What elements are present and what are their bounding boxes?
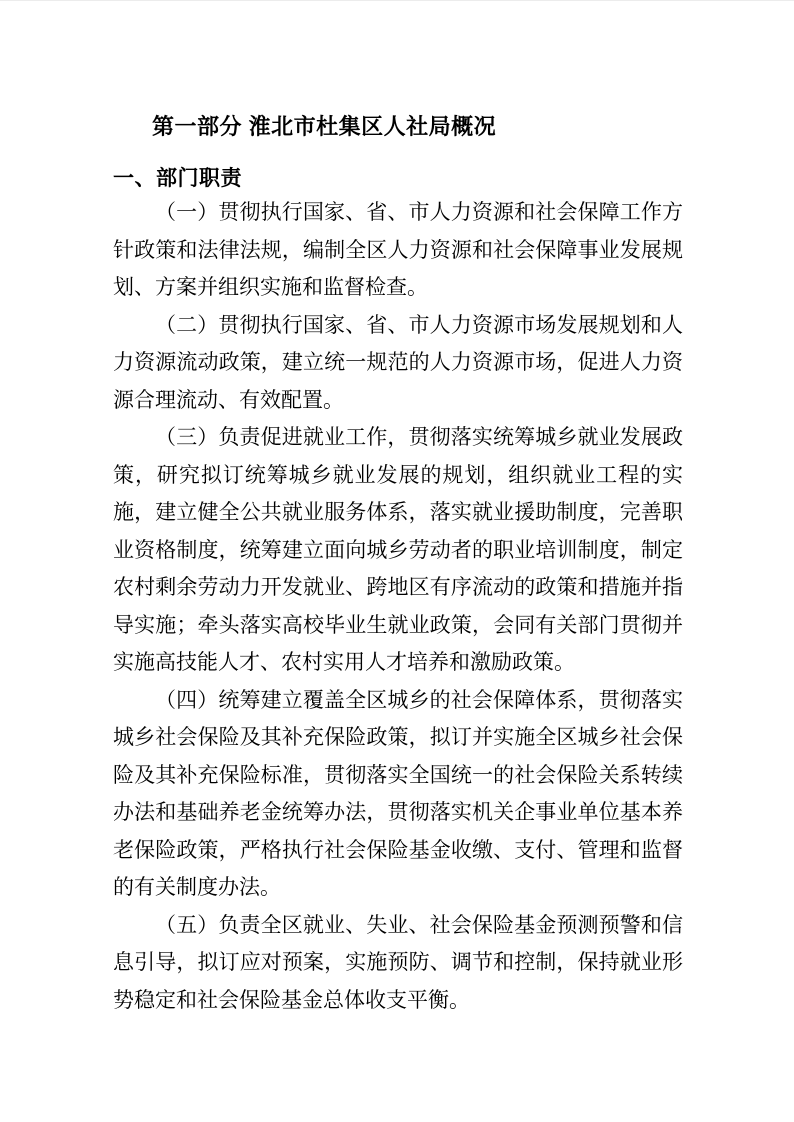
duty-paragraph-5: （五）负责全区就业、失业、社会保险基金预测预警和信息引导，拟订应对预案，实施预防… [113, 907, 683, 1020]
document-title: 第一部分 淮北市杜集区人社局概况 [113, 112, 683, 142]
duty-paragraph-1: （一）贯彻执行国家、省、市人力资源和社会保障工作方针政策和法律法规，编制全区人力… [113, 194, 683, 307]
document-body: （一）贯彻执行国家、省、市人力资源和社会保障工作方针政策和法律法规，编制全区人力… [113, 194, 683, 1019]
duty-paragraph-3: （三）负责促进就业工作，贯彻落实统筹城乡就业发展政策，研究拟订统筹城乡就业发展的… [113, 419, 683, 682]
section-heading-duties: 一、部门职责 [113, 164, 683, 194]
duty-paragraph-2: （二）贯彻执行国家、省、市人力资源市场发展规划和人力资源流动政策，建立统一规范的… [113, 307, 683, 420]
duty-paragraph-4: （四）统筹建立覆盖全区城乡的社会保障体系，贯彻落实城乡社会保险及其补充保险政策，… [113, 682, 683, 907]
document-page: 第一部分 淮北市杜集区人社局概况 一、部门职责 （一）贯彻执行国家、省、市人力资… [0, 0, 794, 1122]
